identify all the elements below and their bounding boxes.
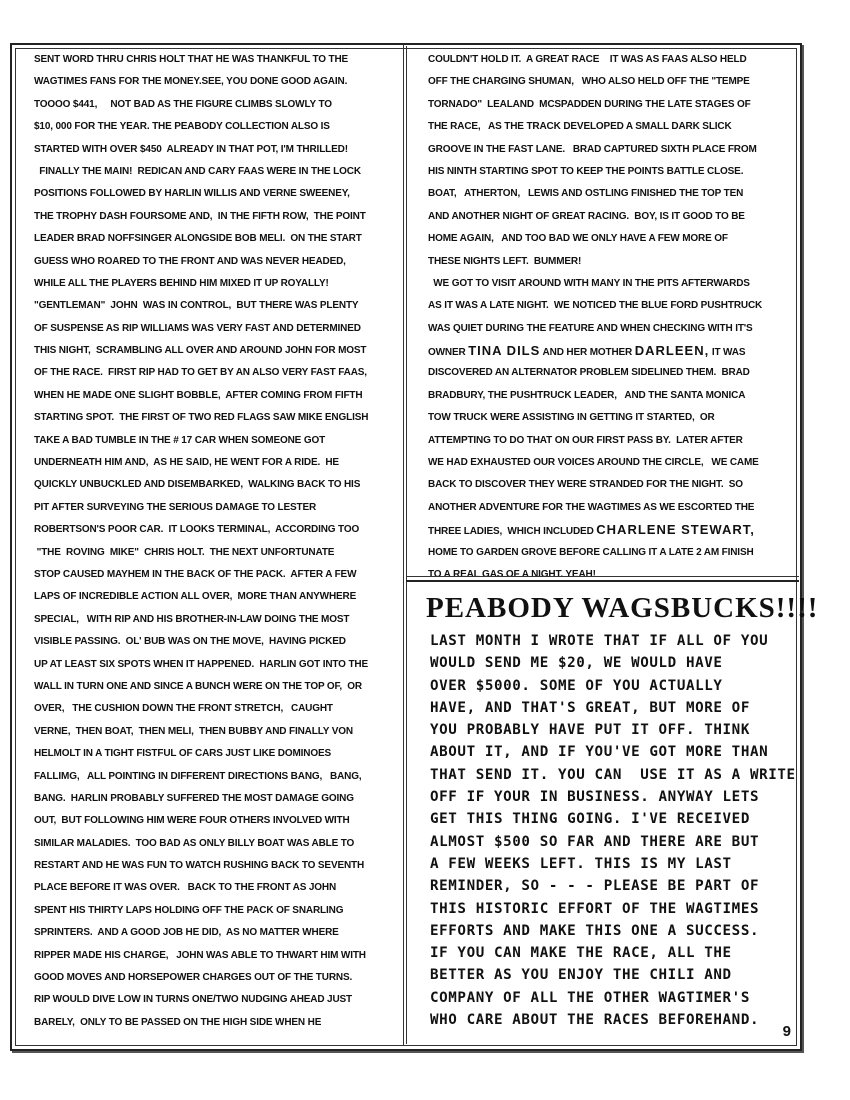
wagsbucks-title: PEABODY WAGSBUCKS!!!! — [426, 592, 818, 624]
text-line: WALL IN TURN ONE AND SINCE A BUNCH WERE … — [34, 676, 368, 698]
text-line: GROOVE IN THE FAST LANE. BRAD CAPTURED S… — [428, 139, 762, 161]
text-line: RESTART AND HE WAS FUN TO WATCH RUSHING … — [34, 855, 368, 877]
text-line: LEADER BRAD NOFFSINGER ALONGSIDE BOB MEL… — [34, 228, 368, 250]
text-line: PIT AFTER SURVEYING THE SERIOUS DAMAGE T… — [34, 497, 368, 519]
text-line: GUESS WHO ROARED TO THE FRONT AND WAS NE… — [34, 251, 368, 273]
text-line: TORNADO" LEALAND McSPADDEN DURING THE LA… — [428, 94, 762, 116]
highlight-name: DARLEEN, — [635, 343, 709, 358]
text-line: WAGTIMES FANS FOR THE MONEY.SEE, YOU DON… — [34, 71, 368, 93]
text-line: LAST MONTH I WROTE THAT IF ALL OF YOU — [430, 630, 796, 652]
text-line: HAVE, AND THAT'S GREAT, BUT MORE OF — [430, 697, 796, 719]
text-line: RIPPER MADE HIS CHARGE, JOHN WAS ABLE TO… — [34, 945, 368, 967]
text-line: THE RACE, AS THE TRACK DEVELOPED A SMALL… — [428, 116, 762, 138]
text-line: ATTEMPTING TO DO THAT ON OUR FIRST PASS … — [428, 430, 762, 452]
text-line: TOOOO $441, NOT BAD AS THE FIGURE CLIMBS… — [34, 94, 368, 116]
text-line: HELMOLT IN A TIGHT FISTFUL OF CARS JUST … — [34, 743, 368, 765]
text-line: BANG. HARLIN PROBABLY SUFFERED THE MOST … — [34, 788, 368, 810]
text-line: HOME TO GARDEN GROVE BEFORE CALLING IT A… — [428, 542, 762, 564]
text-line: PLACE BEFORE IT WAS OVER. BACK TO THE FR… — [34, 877, 368, 899]
text-line: THE TROPHY DASH FOURSOME AND, IN THE FIF… — [34, 206, 368, 228]
text-line: YOU PROBABLY HAVE PUT IT OFF. THINK — [430, 719, 796, 741]
text-line: ABOUT IT, AND IF YOU'VE GOT MORE THAN — [430, 741, 796, 763]
text-line: ANOTHER ADVENTURE FOR THE WAGTIMES AS WE… — [428, 497, 762, 519]
text-line: FALLIMG, ALL POINTING IN DIFFERENT DIREC… — [34, 766, 368, 788]
text-line: SPENT HIS THIRTY LAPS HOLDING OFF THE PA… — [34, 900, 368, 922]
left-column-article: SENT WORD THRU CHRIS HOLT THAT HE WAS TH… — [14, 45, 404, 1045]
ladies-line: THREE LADIES, WHICH INCLUDED CHARLENE ST… — [428, 519, 762, 541]
text-line: DISCOVERED AN ALTERNATOR PROBLEM SIDELIN… — [428, 362, 762, 384]
text-fragment: AND HER MOTHER — [540, 347, 634, 358]
text-line: SENT WORD THRU CHRIS HOLT THAT HE WAS TH… — [34, 49, 368, 71]
text-line: VISIBLE PASSING. OL' BUB WAS ON THE MOVE… — [34, 631, 368, 653]
text-line: UNDERNEATH HIM AND, AS HE SAID, HE WENT … — [34, 452, 368, 474]
text-line: "GENTLEMAN" JOHN WAS IN CONTROL, BUT THE… — [34, 295, 368, 317]
text-line: COULDN'T HOLD IT. A GREAT RACE IT WAS AS… — [428, 49, 762, 71]
text-line: IF YOU CAN MAKE THE RACE, ALL THE — [430, 942, 796, 964]
text-line: EFFORTS AND MAKE THIS ONE A SUCCESS. — [430, 920, 796, 942]
text-line: WHEN HE MADE ONE SLIGHT BOBBLE, AFTER CO… — [34, 385, 368, 407]
text-line: WE GOT TO VISIT AROUND WITH MANY IN THE … — [428, 273, 762, 295]
text-line: RIP WOULD DIVE LOW IN TURNS ONE/TWO NUDG… — [34, 989, 368, 1011]
text-line: REMINDER, SO - - - PLEASE BE PART OF — [430, 875, 796, 897]
text-line: COMPANY OF ALL THE OTHER WAGTIMER'S — [430, 987, 796, 1009]
text-fragment: THREE LADIES, WHICH INCLUDED — [428, 526, 596, 537]
text-line: ALMOST $500 SO FAR AND THERE ARE BUT — [430, 831, 796, 853]
text-line: OF SUSPENSE AS RIP WILLIAMS WAS VERY FAS… — [34, 318, 368, 340]
text-line: WHO CARE ABOUT THE RACES BEFOREHAND. — [430, 1009, 796, 1031]
text-line: THAT SEND IT. YOU CAN USE IT AS A WRITE — [430, 764, 796, 786]
owner-line: OWNER TINA DILS AND HER MOTHER DARLEEN, … — [428, 340, 762, 362]
text-line: STARTED WITH OVER $450 ALREADY IN THAT P… — [34, 139, 368, 161]
wagsbucks-text: LAST MONTH I WROTE THAT IF ALL OF YOUWOU… — [430, 630, 796, 1031]
right-column-article: COULDN'T HOLD IT. A GREAT RACE IT WAS AS… — [406, 45, 799, 582]
text-fragment: IT WAS — [709, 347, 745, 358]
text-line: $10, 000 FOR THE YEAR. THE PEABODY COLLE… — [34, 116, 368, 138]
text-fragment: OWNER — [428, 347, 468, 358]
text-line: OF THE RACE. FIRST RIP HAD TO GET BY AN … — [34, 362, 368, 384]
text-line: THIS NIGHT, SCRAMBLING ALL OVER AND AROU… — [34, 340, 368, 362]
text-line: LAPS OF INCREDIBLE ACTION ALL OVER, MORE… — [34, 586, 368, 608]
text-line: TOW TRUCK WERE ASSISTING IN GETTING IT S… — [428, 407, 762, 429]
right-column-text: COULDN'T HOLD IT. A GREAT RACE IT WAS AS… — [428, 49, 762, 586]
text-line: SPECIAL, WITH RIP AND HIS BROTHER-IN-LAW… — [34, 609, 368, 631]
text-line: WHILE ALL THE PLAYERS BEHIND HIM MIXED I… — [34, 273, 368, 295]
text-line: BACK TO DISCOVER THEY WERE STRANDED FOR … — [428, 474, 762, 496]
text-line: FINALLY THE MAIN! REDICAN AND CARY FAAS … — [34, 161, 368, 183]
text-line: GET THIS THING GOING. I'VE RECEIVED — [430, 808, 796, 830]
text-line: OVER, THE CUSHION DOWN THE FRONT STRETCH… — [34, 698, 368, 720]
highlight-name: TINA DILS — [468, 343, 540, 358]
text-line: OFF IF YOUR IN BUSINESS. ANYWAY LETS — [430, 786, 796, 808]
text-line: STOP CAUSED MAYHEM IN THE BACK OF THE PA… — [34, 564, 368, 586]
text-line: BRADBURY, THE PUSHTRUCK LEADER, AND THE … — [428, 385, 762, 407]
text-line: STARTING SPOT. THE FIRST OF TWO RED FLAG… — [34, 407, 368, 429]
text-line: AS IT WAS A LATE NIGHT. WE NOTICED THE B… — [428, 295, 762, 317]
page-number: 9 — [783, 1023, 791, 1040]
wagsbucks-box: PEABODY WAGSBUCKS!!!! LAST MONTH I WROTE… — [406, 584, 799, 1044]
text-line: TAKE A BAD TUMBLE IN THE # 17 CAR WHEN S… — [34, 430, 368, 452]
text-line: AND ANOTHER NIGHT OF GREAT RACING. BOY, … — [428, 206, 762, 228]
text-line: HIS NINTH STARTING SPOT TO KEEP THE POIN… — [428, 161, 762, 183]
text-line: UP AT LEAST SIX SPOTS WHEN IT HAPPENED. … — [34, 654, 368, 676]
text-line: WAS QUIET DURING THE FEATURE AND WHEN CH… — [428, 318, 762, 340]
text-line: OUT, BUT FOLLOWING HIM WERE FOUR OTHERS … — [34, 810, 368, 832]
text-line: THESE NIGHTS LEFT. BUMMER! — [428, 251, 762, 273]
text-line: HOME AGAIN, AND TOO BAD WE ONLY HAVE A F… — [428, 228, 762, 250]
text-line: QUICKLY UNBUCKLED AND DISEMBARKED, WALKI… — [34, 474, 368, 496]
text-line: "THE ROVING MIKE" CHRIS HOLT. THE NEXT U… — [34, 542, 368, 564]
text-line: POSITIONS FOLLOWED BY HARLIN WILLIS AND … — [34, 183, 368, 205]
text-line: SIMILAR MALADIES. TOO BAD AS ONLY BILLY … — [34, 833, 368, 855]
text-line: THIS HISTORIC EFFORT OF THE WAGTIMES — [430, 898, 796, 920]
text-line: GOOD MOVES AND HORSEPOWER CHARGES OUT OF… — [34, 967, 368, 989]
text-line: OVER $5000. SOME OF YOU ACTUALLY — [430, 675, 796, 697]
text-line: SPRINTERS. AND A GOOD JOB HE DID, AS NO … — [34, 922, 368, 944]
left-column-text: SENT WORD THRU CHRIS HOLT THAT HE WAS TH… — [34, 49, 368, 1034]
text-line: A FEW WEEKS LEFT. THIS IS MY LAST — [430, 853, 796, 875]
text-line: WE HAD EXHAUSTED OUR VOICES AROUND THE C… — [428, 452, 762, 474]
text-line: BOAT, ATHERTON, LEWIS AND OSTLING FINISH… — [428, 183, 762, 205]
text-line: BETTER AS YOU ENJOY THE CHILI AND — [430, 964, 796, 986]
highlight-name: CHARLENE STEWART, — [596, 522, 755, 537]
text-line: ROBERTSON'S POOR CAR. IT LOOKS TERMINAL,… — [34, 519, 368, 541]
text-line: WOULD SEND ME $20, WE WOULD HAVE — [430, 652, 796, 674]
text-line: VERNE, THEN BOAT, THEN MELI, THEN BUBBY … — [34, 721, 368, 743]
text-line: BARELY, ONLY TO BE PASSED ON THE HIGH SI… — [34, 1012, 368, 1034]
text-line: OFF THE CHARGING SHUMAN, WHO ALSO HELD O… — [428, 71, 762, 93]
